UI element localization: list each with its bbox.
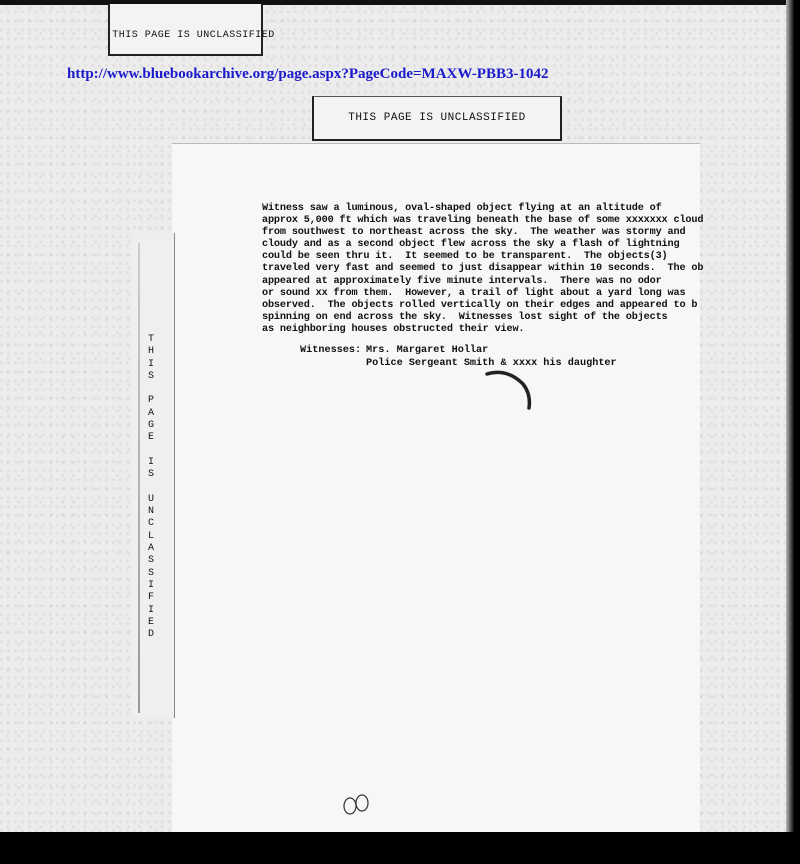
report-line: from southwest to northeast across the s…: [262, 227, 692, 239]
report-line: or sound xx from them. However, a trail …: [262, 288, 692, 300]
classification-stamp-vertical: T H I S P A G E I S U N C L A S S I F I …: [143, 334, 159, 641]
report-line: spinning on end across the sky. Witnesse…: [262, 312, 692, 324]
scan-bottom-edge: [0, 832, 800, 864]
report-line: cloudy and as a second object flew acros…: [262, 239, 692, 251]
handwritten-mark-icon: [340, 793, 374, 815]
strip-fold-line: [138, 243, 140, 713]
report-line: appeared at approximately five minute in…: [262, 276, 692, 288]
report-line: traveled very fast and seemed to just di…: [262, 263, 692, 275]
report-line: observed. The objects rolled vertically …: [262, 300, 692, 312]
classification-stamp-middle: THIS PAGE IS UNCLASSIFIED: [312, 96, 562, 141]
classification-stamp-top: THIS PAGE IS UNCLASSIFIED: [108, 4, 263, 56]
classification-stamp-top-text: THIS PAGE IS UNCLASSIFIED: [112, 30, 275, 41]
report-line: approx 5,000 ft which was traveling bene…: [262, 215, 692, 227]
report-line: as neighboring houses obstructed their v…: [262, 324, 692, 336]
scan-right-edge: [786, 0, 800, 864]
report-line: Witness saw a luminous, oval-shaped obje…: [262, 203, 692, 215]
report-text: Witness saw a luminous, oval-shaped obje…: [262, 203, 692, 336]
classification-stamp-middle-text: THIS PAGE IS UNCLASSIFIED: [348, 112, 526, 124]
archive-page-link[interactable]: http://www.bluebookarchive.org/page.aspx…: [67, 66, 548, 83]
witnesses-label: Witnesses:: [300, 345, 361, 358]
witness-names: Mrs. Margaret HollarPolice Sergeant Smit…: [366, 345, 617, 370]
witness-name: Mrs. Margaret Hollar: [366, 345, 617, 358]
pen-mark-icon: [485, 368, 535, 410]
report-line: could be seen thru it. It seemed to be t…: [262, 251, 692, 263]
